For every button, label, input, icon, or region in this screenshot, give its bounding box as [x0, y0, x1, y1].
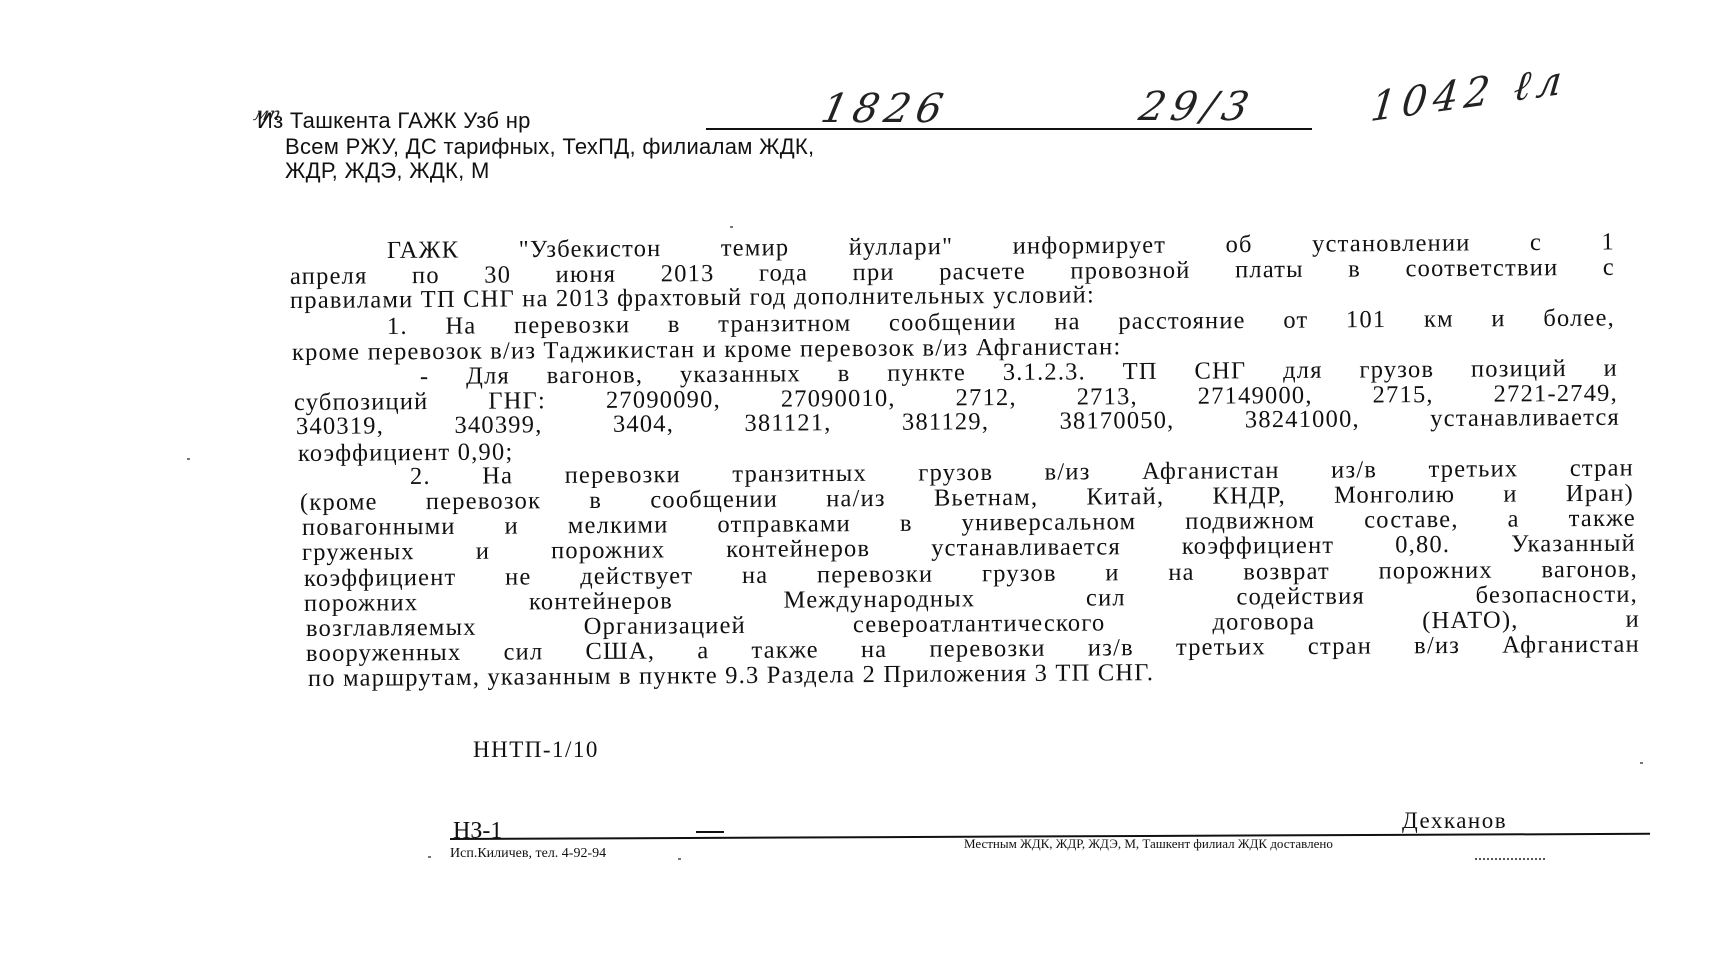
- executor-info: Исп.Киличев, тел. 4-92-94: [450, 846, 606, 862]
- signature-name: Дехканов: [1402, 808, 1507, 834]
- header-recipients-line: Всем РЖУ, ДС тарифных, ТехПД, филиалам Ж…: [285, 134, 814, 160]
- scan-speck: [1640, 762, 1643, 764]
- handwritten-number: 1826: [817, 86, 953, 132]
- header-from-line: Из Ташкента ГАЖК Узб нр: [257, 108, 531, 134]
- footer-dash: [696, 831, 724, 833]
- scan-speck: [428, 856, 431, 858]
- distribution-note: Местным ЖДК, ЖДР, ЖДЭ, М, Ташкент филиал…: [964, 836, 1333, 852]
- scan-speck: [730, 226, 733, 228]
- footer-cutoff-text: [1475, 858, 1545, 860]
- footer-code: НЗ-1: [453, 818, 502, 845]
- handwritten-annotation: 1042 ℓл: [1368, 56, 1570, 132]
- scan-speck: [187, 458, 190, 460]
- document-code: ННТП-1/10: [473, 737, 599, 763]
- body-line: по маршрутам, указанным в пункте 9.3 Раз…: [308, 660, 1154, 691]
- header-recipients-line-2: ЖДР, ЖДЭ, ЖДК, М: [285, 158, 490, 184]
- handwritten-date: 29/3: [1135, 84, 1259, 130]
- scan-speck: [678, 858, 681, 860]
